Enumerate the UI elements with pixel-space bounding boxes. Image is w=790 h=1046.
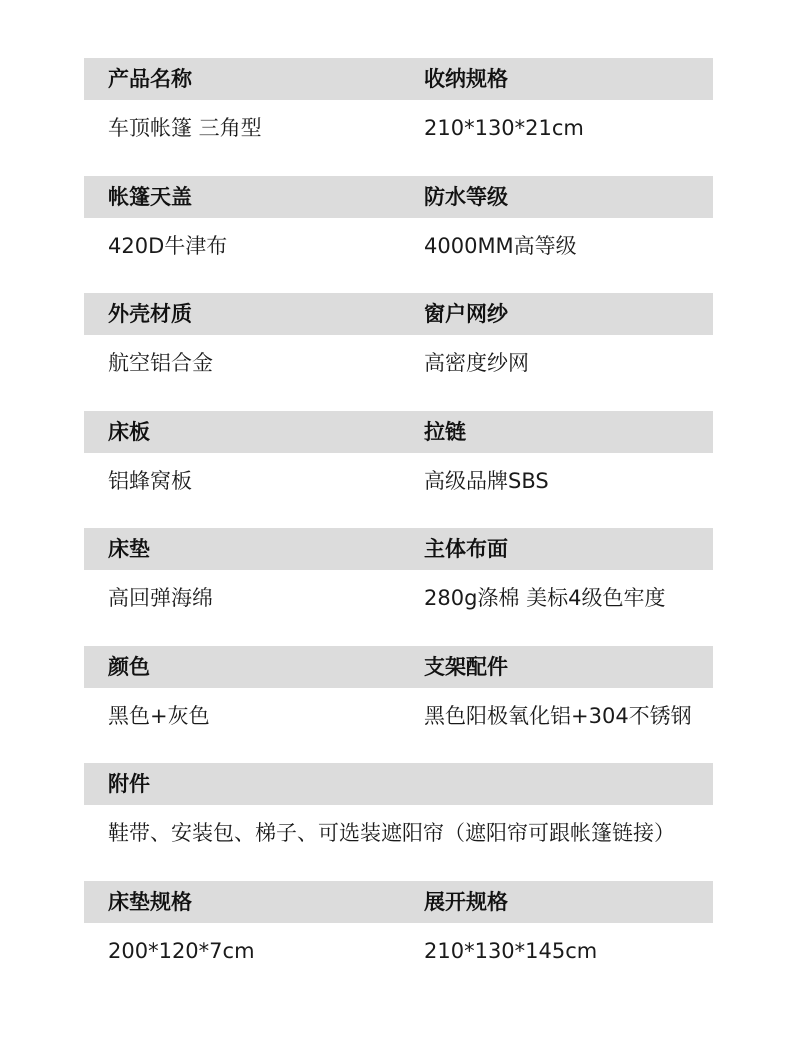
spec-value: 280g涤棉 美标4级色牢度 <box>424 577 665 619</box>
spec-header-bar: 床板 拉链 <box>84 411 713 453</box>
spec-header-bar: 床垫 主体布面 <box>84 528 713 570</box>
spec-value: 航空铝合金 <box>108 342 213 384</box>
spec-label: 床垫 <box>108 528 150 570</box>
spec-label: 防水等级 <box>424 176 508 218</box>
spec-header-bar: 帐篷天盖 防水等级 <box>84 176 713 218</box>
spec-label: 床板 <box>108 411 150 453</box>
spec-header-bar: 床垫规格 展开规格 <box>84 881 713 923</box>
spec-group-canopy: 帐篷天盖 防水等级 420D牛津布 4000MM高等级 <box>84 176 713 294</box>
spec-value: 鞋带、安装包、梯子、可选装遮阳帘（遮阳帘可跟帐篷链接） <box>108 812 675 854</box>
spec-value: 高回弹海绵 <box>108 577 213 619</box>
spec-value: 高密度纱网 <box>424 342 529 384</box>
spec-value: 黑色阳极氧化铝+304不锈钢 <box>424 695 692 737</box>
spec-label: 外壳材质 <box>108 293 192 335</box>
spec-group-shell: 外壳材质 窗户网纱 航空铝合金 高密度纱网 <box>84 293 713 411</box>
spec-table: 产品名称 收纳规格 车顶帐篷 三角型 210*130*21cm 帐篷天盖 防水等… <box>84 58 713 998</box>
spec-value: 420D牛津布 <box>108 225 227 267</box>
spec-header-bar: 产品名称 收纳规格 <box>84 58 713 100</box>
spec-group-accessories: 附件 鞋带、安装包、梯子、可选装遮阳帘（遮阳帘可跟帐篷链接） <box>84 763 713 881</box>
spec-value: 200*120*7cm <box>108 930 255 972</box>
spec-value-row: 200*120*7cm 210*130*145cm <box>84 923 713 979</box>
spec-label: 展开规格 <box>424 881 508 923</box>
spec-value: 210*130*21cm <box>424 107 584 149</box>
spec-header-bar: 颜色 支架配件 <box>84 646 713 688</box>
spec-value-row: 铝蜂窝板 高级品牌SBS <box>84 453 713 509</box>
spec-group-dimensions: 床垫规格 展开规格 200*120*7cm 210*130*145cm <box>84 881 713 999</box>
spec-value: 铝蜂窝板 <box>108 460 192 502</box>
spec-label: 帐篷天盖 <box>108 176 192 218</box>
spec-label: 拉链 <box>424 411 466 453</box>
spec-value: 车顶帐篷 三角型 <box>108 107 262 149</box>
spec-label: 附件 <box>108 763 150 805</box>
spec-group-bedboard: 床板 拉链 铝蜂窝板 高级品牌SBS <box>84 411 713 529</box>
spec-value-row: 420D牛津布 4000MM高等级 <box>84 218 713 274</box>
spec-value: 高级品牌SBS <box>424 460 549 502</box>
spec-value-row: 车顶帐篷 三角型 210*130*21cm <box>84 100 713 156</box>
spec-value: 黑色+灰色 <box>108 695 210 737</box>
spec-group-color: 颜色 支架配件 黑色+灰色 黑色阳极氧化铝+304不锈钢 <box>84 646 713 764</box>
spec-value-row: 鞋带、安装包、梯子、可选装遮阳帘（遮阳帘可跟帐篷链接） <box>84 805 713 861</box>
spec-group-mattress: 床垫 主体布面 高回弹海绵 280g涤棉 美标4级色牢度 <box>84 528 713 646</box>
spec-label: 窗户网纱 <box>424 293 508 335</box>
spec-value-row: 航空铝合金 高密度纱网 <box>84 335 713 391</box>
spec-label: 产品名称 <box>108 58 192 100</box>
spec-value-row: 黑色+灰色 黑色阳极氧化铝+304不锈钢 <box>84 688 713 744</box>
spec-group-product-name: 产品名称 收纳规格 车顶帐篷 三角型 210*130*21cm <box>84 58 713 176</box>
spec-value-row: 高回弹海绵 280g涤棉 美标4级色牢度 <box>84 570 713 626</box>
spec-label: 收纳规格 <box>424 58 508 100</box>
spec-label: 床垫规格 <box>108 881 192 923</box>
spec-value: 210*130*145cm <box>424 930 597 972</box>
spec-value: 4000MM高等级 <box>424 225 577 267</box>
spec-label: 颜色 <box>108 646 150 688</box>
spec-label: 主体布面 <box>424 528 508 570</box>
spec-header-bar: 外壳材质 窗户网纱 <box>84 293 713 335</box>
spec-label: 支架配件 <box>424 646 508 688</box>
spec-header-bar: 附件 <box>84 763 713 805</box>
